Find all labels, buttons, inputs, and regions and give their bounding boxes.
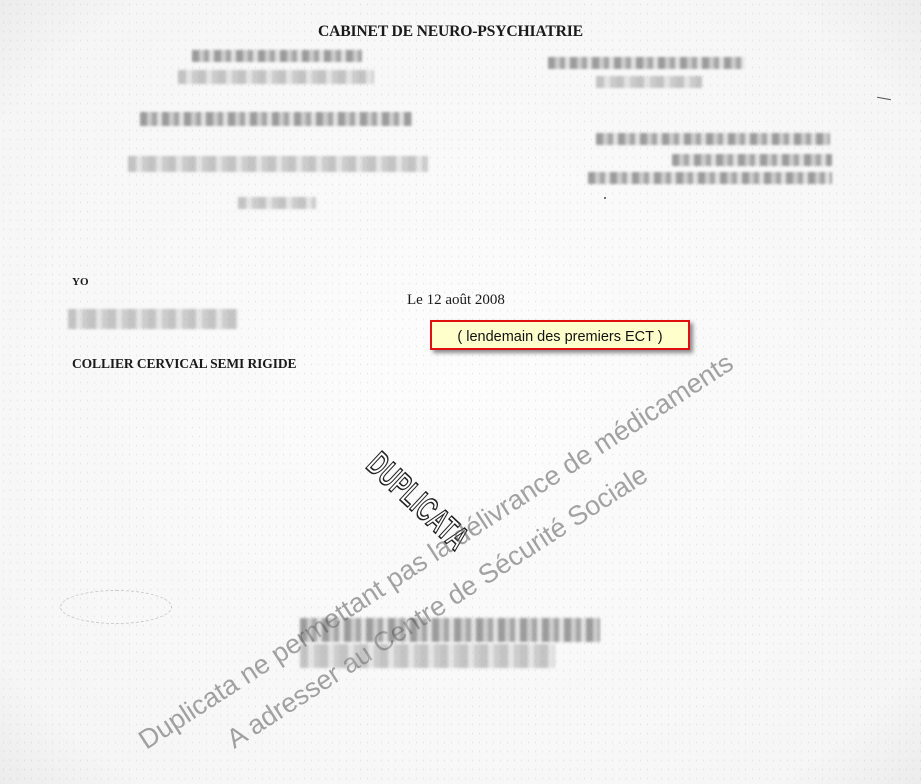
redacted-phone-1 [596, 133, 830, 145]
redacted-phone-2 [672, 154, 832, 166]
redacted-patient-name [68, 309, 238, 329]
redacted-doctor-specialty [128, 156, 428, 172]
scan-speck [604, 197, 606, 199]
redacted-phone-3 [588, 172, 832, 184]
redacted-doctor-id [238, 197, 316, 209]
redacted-address-2 [596, 76, 702, 88]
redacted-doctor-name-2 [178, 70, 374, 84]
document-date: Le 12 août 2008 [407, 292, 505, 309]
redacted-doctor-title [140, 112, 412, 126]
annotation-callout: ( lendemain des premiers ECT ) [430, 320, 690, 350]
faded-stamp-mark [60, 590, 172, 624]
scan-mark [877, 97, 891, 100]
redacted-signature-subline [300, 644, 555, 668]
watermark-line-1: Duplicata ne permettant pas la délivranc… [133, 347, 739, 756]
redacted-signature-name [300, 618, 600, 642]
redacted-doctor-name-1 [192, 50, 362, 62]
prescription-item: COLLIER CERVICAL SEMI RIGIDE [72, 356, 296, 372]
scanned-document: CABINET DE NEURO-PSYCHIATRIE YO Le 12 ao… [0, 0, 921, 784]
redacted-address-1 [548, 57, 744, 69]
header-title: CABINET DE NEURO-PSYCHIATRIE [318, 23, 583, 41]
recipient-initials: YO [72, 276, 89, 288]
